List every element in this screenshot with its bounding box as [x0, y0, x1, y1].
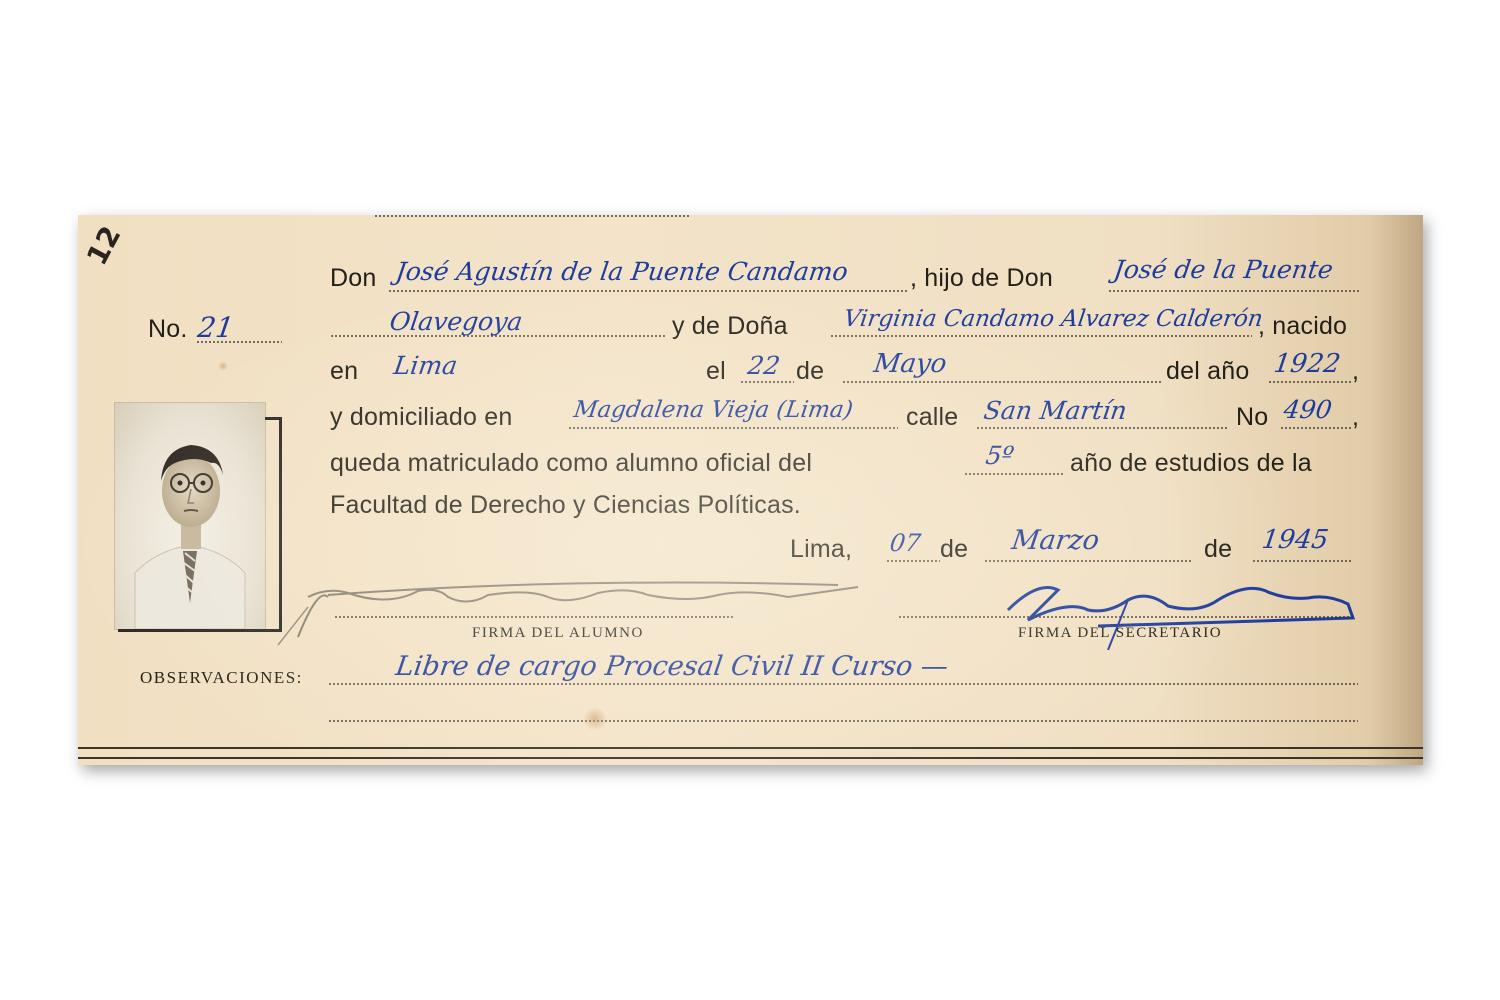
house-number: 490 [1282, 395, 1334, 424]
date-day: 07 [888, 529, 922, 557]
year-of-study-dotted-line [964, 473, 1064, 475]
born-label: , nacido [1258, 312, 1347, 341]
district-dotted-line [568, 427, 898, 429]
secretary-signature-label: FIRMA DEL SECRETARIO [1018, 625, 1222, 642]
date-de-label-1: de [940, 535, 968, 564]
street: San Martín [982, 396, 1129, 425]
year-of-study: 5º [984, 441, 1016, 470]
birth-place-dotted-line [374, 215, 690, 217]
birth-day-dotted-line [740, 381, 794, 383]
faculty-name: Facultad de Derecho y Ciencias Políticas… [330, 491, 801, 520]
observations-dotted-line-2 [328, 720, 1358, 722]
birth-place: Lima [392, 351, 459, 380]
son-of-label: , hijo de Don [910, 264, 1053, 293]
mother-label: y de Doña [672, 312, 788, 341]
domicile-label: y domiciliado en [330, 403, 512, 432]
student-signature-dotted-line [334, 616, 734, 618]
date-day-dotted-line [886, 560, 940, 562]
number-label: No [1236, 403, 1268, 432]
date-year-dotted-line [1252, 560, 1352, 562]
district: Magdalena Vieja (Lima) [572, 397, 854, 423]
observations-label: OBSERVACIONES: [140, 668, 303, 688]
date-year: 1945 [1260, 525, 1330, 555]
bottom-double-rule [78, 747, 1423, 759]
observations-text: Libre de cargo Procesal Civil II Curso — [394, 651, 950, 682]
birth-month: Mayo [872, 349, 949, 379]
street-dotted-line [976, 427, 1228, 429]
year-label: del año [1166, 357, 1249, 386]
paper-stain [583, 707, 607, 731]
stamp-number: 12 [80, 221, 127, 271]
student-portrait-photo [115, 403, 265, 629]
date-month: Marzo [1010, 525, 1101, 556]
portrait-image [115, 403, 265, 629]
secretary-signature-dotted-line [898, 616, 1354, 618]
birth-day: 22 [746, 351, 782, 380]
birth-month-dotted-line [842, 381, 1162, 383]
photo-frame-bottom-line [118, 629, 282, 632]
student-name-dotted-line [388, 290, 908, 292]
observations-dotted-line-1 [328, 683, 1358, 685]
house-number-dotted-line [1280, 427, 1352, 429]
of-label: de [796, 357, 824, 386]
date-month-dotted-line [984, 560, 1192, 562]
enrollment-record-card: 12 No. 21 Don José Agustín de la Puente … [78, 215, 1423, 765]
father-name-dotted-line [1108, 290, 1360, 292]
birth-year: 1922 [1272, 349, 1342, 379]
comma: , [1352, 357, 1359, 386]
mother-name: Virginia Candamo Alvarez Calderón [842, 306, 1264, 332]
father-name-part2: Olavegoya [388, 307, 524, 336]
date-de-label-2: de [1204, 535, 1232, 564]
birth-year-dotted-line [1268, 381, 1352, 383]
don-label: Don [330, 264, 376, 293]
record-number-label: No. [148, 315, 188, 344]
day-label: el [706, 357, 726, 386]
comma: , [1352, 403, 1359, 432]
after-year-text: año de estudios de la [1070, 449, 1312, 478]
student-signature-label: FIRMA DEL ALUMNO [472, 625, 644, 642]
mother-name-dotted-line [830, 335, 1252, 337]
father-name-part1: José de la Puente [1112, 255, 1335, 284]
record-number-value: 21 [196, 311, 236, 344]
date-city-label: Lima, [790, 535, 852, 564]
in-label: en [330, 357, 358, 386]
paper-stain [218, 361, 228, 371]
enrolled-text: queda matriculado como alumno oficial de… [330, 449, 812, 478]
street-label: calle [906, 403, 958, 432]
student-name: José Agustín de la Puente Candamo [394, 257, 850, 286]
